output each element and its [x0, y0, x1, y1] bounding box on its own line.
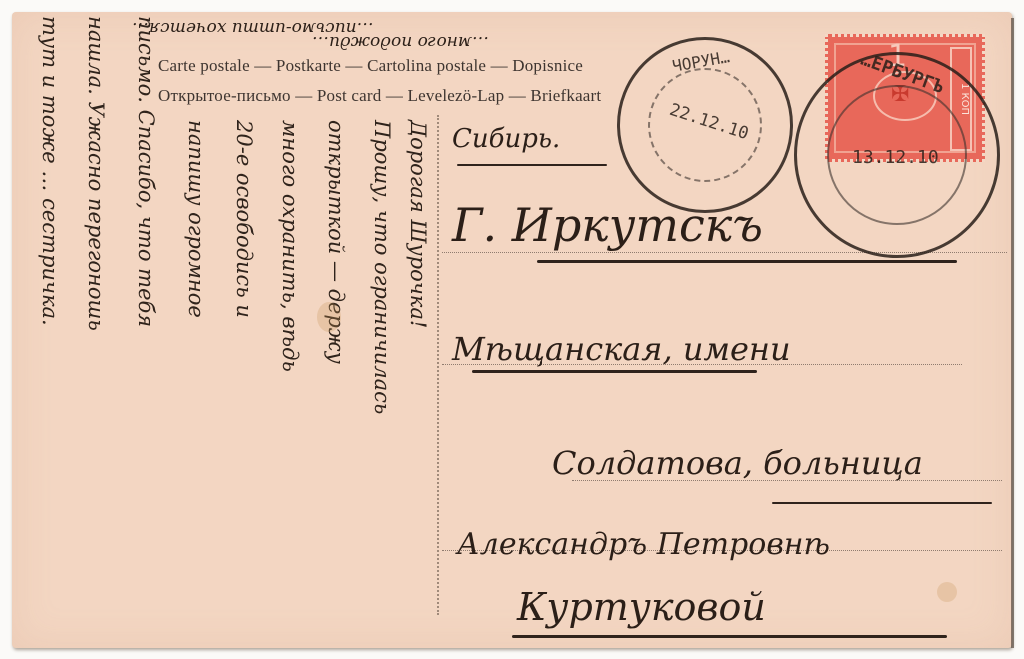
postmark-1: 22.12.10 ЧОРУН…	[617, 37, 793, 213]
message-line: Прошу, что ограничилась	[370, 120, 394, 414]
postmark-2-date: 13.12.10	[852, 147, 939, 168]
address-city: Г. Иркутскъ	[452, 198, 763, 252]
address-region-underline	[457, 164, 607, 166]
stain	[317, 302, 341, 332]
address-institution-underline	[772, 502, 992, 504]
postmark-2: 13.12.10 …ЕРБУРГЪ	[794, 52, 1000, 258]
postcard-header-multilingual-2: Открытое-письмо — Post card — Levelezö-L…	[158, 86, 601, 106]
message-line: тут и тоже … сестричка.	[38, 16, 62, 326]
message-line: напишу огромное	[184, 120, 208, 318]
recipient-surname: Куртуковой	[517, 585, 766, 629]
address-region: Сибирь.	[452, 124, 560, 154]
address-city-underline	[537, 260, 957, 263]
postcard-header-multilingual: Carte postale — Postkarte — Cartolina po…	[158, 56, 583, 76]
postcard: Carte postale — Postkarte — Cartolina po…	[12, 12, 1012, 648]
stain	[937, 582, 957, 602]
message-line: нашла. Ужасно перегоношь	[84, 16, 108, 331]
message-line: много охранить, вѣдь	[278, 120, 302, 372]
recipient-name: Александръ Петровнѣ	[457, 527, 830, 562]
message-address-divider	[437, 115, 439, 615]
address-street: Мѣщанская, имени	[452, 330, 791, 368]
message-top-line-2: …много подожди…	[312, 32, 489, 52]
message-line: 20-е освободись и	[232, 120, 256, 318]
address-street-underline	[472, 370, 757, 373]
address-institution: Солдатова, больница	[552, 444, 923, 482]
card-edge-shadow	[1011, 18, 1014, 648]
message-line: письмо. Спасибо, что тебя	[134, 16, 158, 327]
recipient-surname-underline	[512, 635, 947, 638]
message-line: Дорогая Шурочка!	[406, 120, 430, 328]
